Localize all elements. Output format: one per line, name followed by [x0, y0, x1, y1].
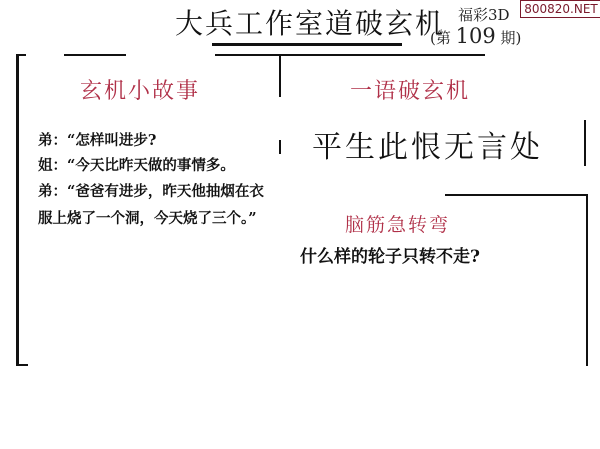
- story-line-3: 弟：“爸爸有进步，昨天他抽烟在衣: [38, 180, 264, 201]
- motto-text: 平生此恨无言处: [312, 122, 543, 166]
- frame-left-vertical: [16, 54, 19, 366]
- middle-top-line: [215, 54, 485, 56]
- left-panel-top-line: [64, 54, 126, 56]
- frame-right-vertical: [586, 194, 588, 366]
- title-underline: [212, 43, 402, 46]
- story-line-1: 弟：“怎样叫进步?: [38, 129, 156, 150]
- page-title: 大兵工作室道破玄机: [175, 2, 445, 42]
- story-line-4: 服上烧了一个洞，今天烧了三个。”: [38, 207, 257, 228]
- riddle-section-title: 脑筋急转弯: [345, 210, 450, 237]
- riddle-top-line: [445, 194, 587, 196]
- issue-suffix: 期): [501, 29, 522, 47]
- frame-bottom-left-short: [16, 364, 28, 366]
- motto-section-title: 一语破玄机: [350, 74, 470, 105]
- divider-vertical-lower: [279, 140, 281, 154]
- story-line-2: 姐：“今天比昨天做的事情多。: [38, 154, 235, 175]
- issue-label: (第 109 期): [430, 24, 521, 48]
- right-divider-small: [584, 120, 586, 166]
- lottery-name: 福彩3D: [458, 4, 510, 25]
- riddle-question: 什么样的轮子只转不走?: [300, 242, 480, 267]
- issue-prefix: (第: [430, 29, 451, 47]
- divider-vertical-upper: [279, 55, 281, 97]
- watermark-badge: 800820.NET: [520, 0, 600, 18]
- story-section-title: 玄机小故事: [80, 74, 200, 105]
- issue-number: 109: [456, 24, 496, 48]
